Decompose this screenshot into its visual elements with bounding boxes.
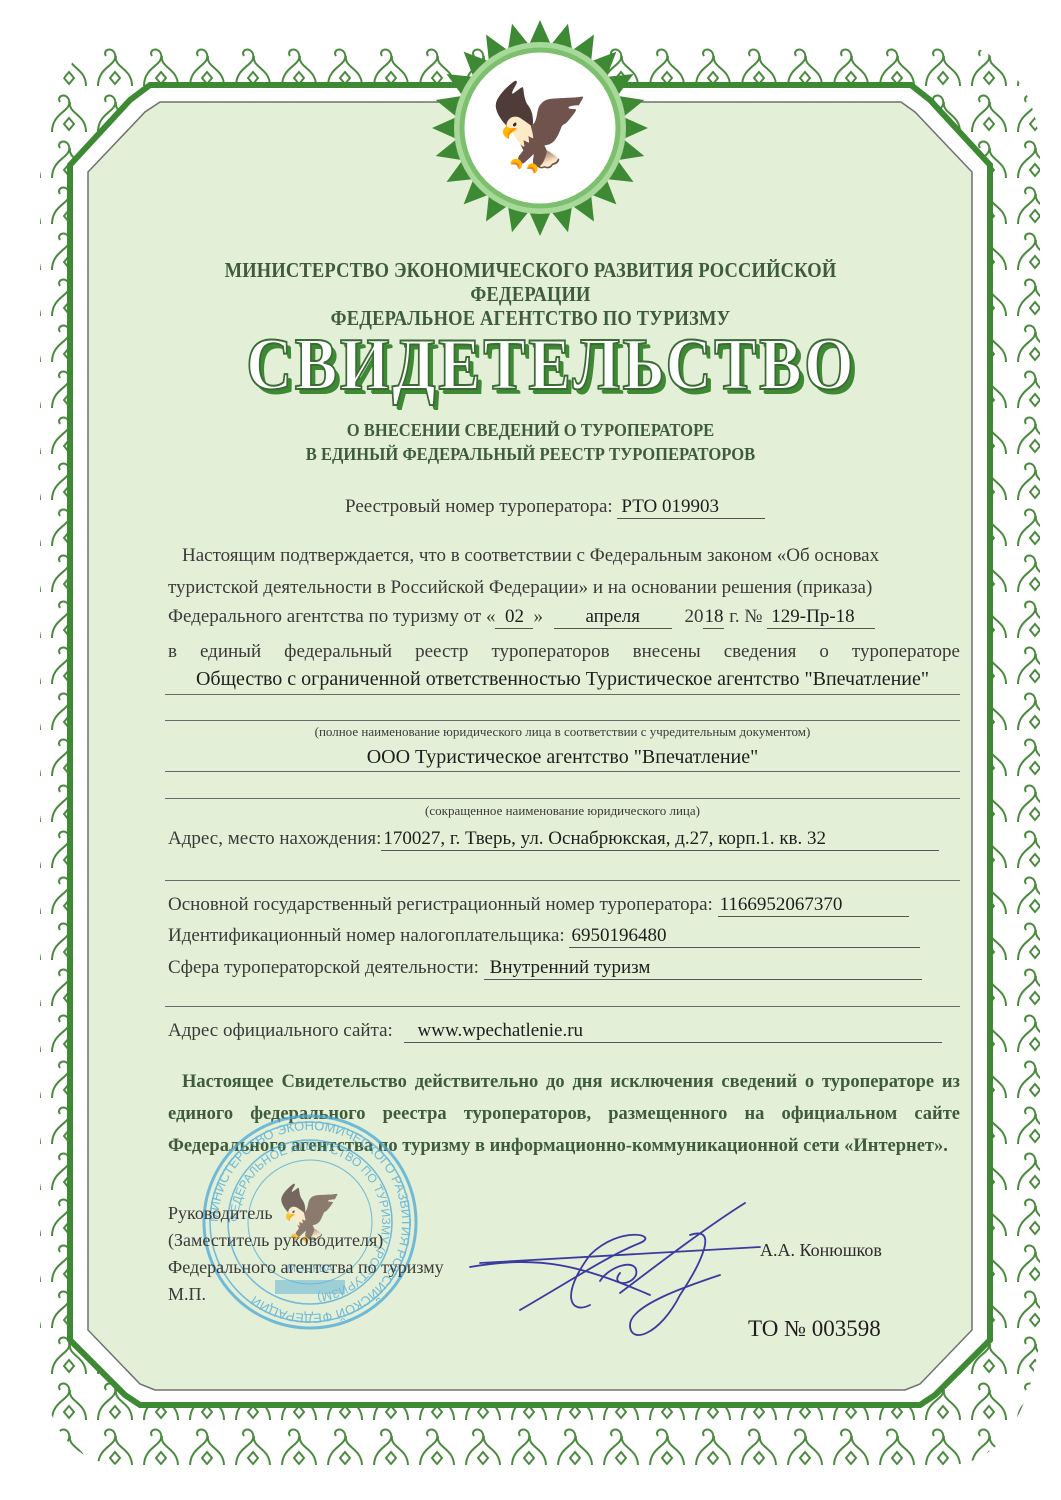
order-date-prefix: Федерального агентства по туризму от (168, 606, 481, 627)
website-value[interactable]: www.wpechatlenie.ru (404, 1020, 942, 1043)
document-title: СВИДЕТЕЛЬСТВО (246, 325, 814, 405)
inn-label: Идентификационный номер налогоплательщик… (168, 925, 565, 946)
registry-number-value: РТО 019903 (617, 496, 765, 519)
order-number: 129-Пр-18 (767, 606, 875, 629)
address-value: 170027, г. Тверь, ул. Оснабрюкская, д.27… (381, 828, 939, 851)
sphere-value: Внутренний туризм (484, 957, 922, 980)
serial-number: ТО № 003598 (748, 1316, 881, 1342)
close-quote: » (533, 606, 543, 627)
header-ministry: МИНИСТЕРСТВО ЭКОНОМИЧЕСКОГО РАЗВИТИЯ РОС… (169, 258, 891, 330)
website-label: Адрес официального сайта: (168, 1020, 393, 1041)
signer-name: А.А. Конюшков (760, 1240, 882, 1261)
address-row: Адрес, место нахождения:170027, г. Тверь… (168, 828, 939, 851)
registry-number-label: Реестровый номер туроператора: (345, 496, 613, 517)
inn-value: 6950196480 (569, 925, 920, 948)
ogrn-row: Основной государственный регистрационный… (168, 894, 909, 917)
certificate: 🦅 МИНИСТЕРСТВО ЭКОНОМИЧЕСКОГО РАЗВИТИЯ Р… (0, 0, 1061, 1500)
signer-deputy: (Заместитель руководителя) (168, 1227, 444, 1254)
handwritten-signature (460, 1195, 780, 1355)
order-year-prefix: 20 (684, 606, 703, 627)
seal-place: М.П. (168, 1281, 444, 1308)
address-label: Адрес, место нахождения: (168, 828, 381, 849)
sphere-row: Сфера туроператорской деятельности: Внут… (168, 957, 922, 980)
ministry-name: МИНИСТЕРСТВО ЭКОНОМИЧЕСКОГО РАЗВИТИЯ РОС… (169, 258, 891, 306)
statement-line-2: туристской деятельности в Российской Фед… (168, 574, 960, 602)
subtitle-line-2: В ЕДИНЫЙ ФЕДЕРАЛЬНЫЙ РЕЕСТР ТУРОПЕРАТОРО… (190, 442, 872, 466)
sphere-label: Сфера туроператорской деятельности: (168, 957, 479, 978)
company-short-name: ООО Туристическое агентство "Впечатление… (165, 746, 960, 769)
order-year-suffix: 18 (703, 606, 724, 629)
full-name-caption: (полное наименование юридического лица в… (165, 724, 960, 740)
inn-row: Идентификационный номер налогоплательщик… (168, 925, 920, 948)
statement-line-3: Федерального агентства по туризму от «02… (168, 606, 875, 629)
russian-coat-of-arms-icon: 🦅 (490, 62, 590, 192)
signer-title: Руководитель (168, 1200, 444, 1227)
short-name-caption: (сокращенное наименование юридического л… (165, 803, 960, 819)
registry-number-row: Реестровый номер туроператора: РТО 01990… (345, 496, 765, 519)
document-subtitle: О ВНЕСЕНИИ СВЕДЕНИЙ О ТУРОПЕРАТОРЕ В ЕДИ… (190, 418, 872, 466)
company-full-name: Общество с ограниченной ответственностью… (165, 668, 960, 691)
ogrn-label: Основной государственный регистрационный… (168, 894, 713, 915)
number-sign: № (744, 606, 762, 627)
subtitle-line-1: О ВНЕСЕНИИ СВЕДЕНИЙ О ТУРОПЕРАТОРЕ (190, 418, 872, 442)
signer-agency: Федерального агентства по туризму (168, 1254, 444, 1281)
year-unit: г. (729, 606, 739, 627)
open-quote: « (486, 606, 496, 627)
ogrn-value: 1166952067370 (718, 894, 909, 917)
order-month: апреля (554, 606, 672, 629)
signature-block: Руководитель (Заместитель руководителя) … (168, 1200, 444, 1308)
order-day: 02 (495, 606, 533, 629)
statement-line-1: Настоящим подтверждается, что в соответс… (168, 542, 960, 570)
statement-line-4: в единый федеральный реестр туроператоро… (168, 638, 960, 666)
website-row: Адрес официального сайта: www.wpechatlen… (168, 1020, 942, 1043)
